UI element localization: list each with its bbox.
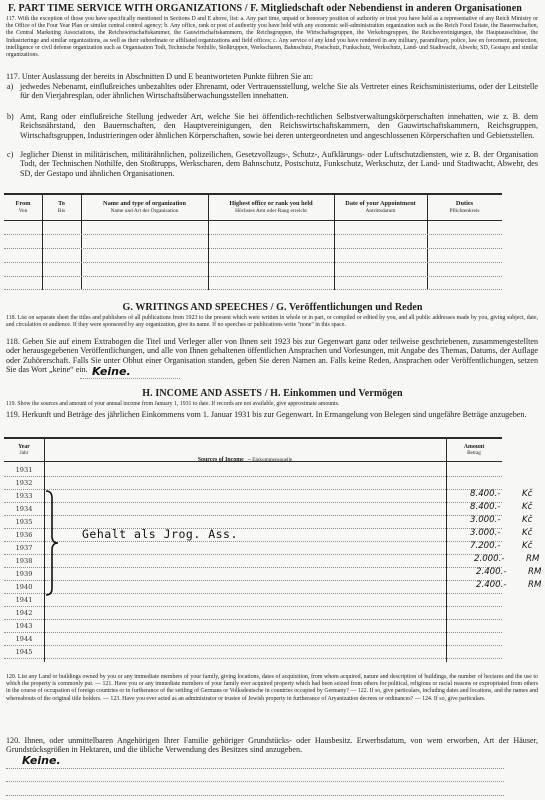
income-source-answer[interactable]: Gehalt als Jrog. Ass. (82, 527, 238, 541)
income-row-line[interactable] (4, 567, 502, 568)
amount-value: 2.400.- (476, 580, 506, 590)
year-cell: 1944 (10, 635, 38, 643)
amount-value: 2.000.- (474, 554, 504, 564)
amount-cell-1936[interactable]: 3.000.- Kč (470, 528, 500, 538)
col-label-de: Antrittsdatum (334, 208, 427, 214)
col-label-de: Einkommensquelle (252, 457, 292, 463)
q117-german-intro: 117. Unter Auslassung der bereits in Abs… (6, 72, 538, 81)
q120-answer-line[interactable] (6, 768, 504, 769)
amount-cell-1940[interactable]: 2.400.- RM (476, 580, 506, 590)
year-cell: 1933 (10, 492, 38, 500)
q120-answer[interactable]: Keine. (22, 754, 61, 767)
year-cell: 1941 (10, 596, 38, 604)
q117-item-b: b) Amt, Rang oder einflußreiche Stellung… (20, 112, 538, 140)
col-label-en: To (42, 200, 81, 207)
curly-brace-icon (45, 490, 59, 596)
org-col-name: Name and type of organization Name und A… (81, 196, 208, 224)
year-cell: 1938 (10, 557, 38, 565)
q118-english: 118. List on separate sheet the titles a… (6, 315, 538, 329)
col-label-en: Highest office or rank you held (208, 200, 334, 207)
income-row-line[interactable] (4, 515, 502, 516)
amount-cell-1934[interactable]: 8.400.- Kč (470, 502, 500, 512)
q120-124-english: 120. List any Land or buildings owned by… (6, 674, 538, 703)
income-row-line[interactable] (4, 593, 502, 594)
col-label-de: Von (4, 208, 42, 214)
q120-german: 120. Ihnen, oder unmittelbaren Angehörig… (6, 736, 538, 755)
income-row-line[interactable] (4, 632, 502, 633)
year-cell: 1945 (10, 648, 38, 656)
amount-cell-1937[interactable]: 7.200.- Kč (470, 541, 500, 551)
q118-german: 118. Geben Sie auf einem Extrabogen die … (6, 337, 538, 374)
amount-cell-1938[interactable]: 2.000.- RM (474, 554, 504, 564)
org-col-from: From Von (4, 196, 42, 224)
col-label-de: Höchstes Amt oder Rang erreicht (208, 208, 334, 214)
year-cell: 1939 (10, 570, 38, 578)
income-row-line[interactable] (4, 476, 502, 477)
amount-value: 8.400.- (470, 489, 500, 499)
section-f-title: F. PART TIME SERVICE WITH ORGANIZATIONS … (8, 3, 522, 14)
q118-answer[interactable]: Keine. (92, 365, 131, 378)
income-row-line[interactable] (4, 606, 502, 607)
org-col-highest-office: Highest office or rank you held Höchstes… (208, 196, 334, 224)
amount-value: 3.000.- (470, 528, 500, 538)
col-label-en: From (4, 200, 42, 207)
q120-answer-line[interactable] (6, 781, 504, 782)
income-row-line[interactable] (4, 489, 502, 490)
col-label-de: Jahr (4, 450, 44, 456)
q117-item-c: c) Jeglicher Dienst in militärischen, mi… (20, 150, 538, 178)
q118-answer-line (80, 378, 180, 379)
org-col-appointment-date: Date of your Appointment Antrittsdatum (334, 196, 427, 224)
income-col-source: Sources of Income – Einkommensquelle (44, 448, 446, 466)
income-row-line[interactable] (4, 502, 502, 503)
year-cell: 1943 (10, 622, 38, 630)
income-row-line[interactable] (4, 658, 502, 659)
col-label-en: Date of your Appointment (334, 200, 427, 207)
currency: RM (528, 580, 541, 590)
income-col-year: Year Jahr (4, 444, 44, 456)
amount-value: 2.400.- (476, 567, 506, 577)
currency: Kč (522, 489, 532, 499)
year-cell: 1940 (10, 583, 38, 591)
org-row-line[interactable] (4, 276, 502, 277)
col-label-en: Sources of Income (198, 457, 244, 463)
year-cell: 1937 (10, 544, 38, 552)
section-h-title: H. INCOME AND ASSETS / H. Einkommen und … (0, 388, 545, 399)
income-row-line[interactable] (4, 645, 502, 646)
amount-value: 7.200.- (470, 541, 500, 551)
amount-cell-1939[interactable]: 2.400.- RM (476, 567, 506, 577)
q117-item-a: a) jedwedes Nebenamt, einflußreiches unb… (20, 82, 538, 101)
org-col-duties: Duties Pflichtenkreis (427, 196, 502, 224)
q119-german: 119. Herkunft und Beträge des jährlichen… (6, 410, 538, 419)
questionnaire-page: F. PART TIME SERVICE WITH ORGANIZATIONS … (0, 0, 545, 800)
col-label-en: Name and type of organization (81, 200, 208, 207)
year-cell: 1932 (10, 479, 38, 487)
year-cell: 1931 (10, 466, 38, 474)
currency: RM (526, 554, 539, 564)
currency: Kč (522, 528, 532, 538)
item-label: b) (7, 112, 14, 121)
currency: Kč (522, 502, 532, 512)
col-label-en: Duties (427, 200, 502, 207)
income-col-divider (446, 438, 447, 662)
income-row-line[interactable] (4, 580, 502, 581)
col-label-de: Betrag (446, 450, 502, 456)
amount-cell-1935[interactable]: 3.000.- Kč (470, 515, 500, 525)
year-cell: 1934 (10, 505, 38, 513)
year-cell: 1942 (10, 609, 38, 617)
section-g-title: G. WRITINGS AND SPEECHES / G. Veröffentl… (0, 302, 545, 313)
org-col-to: To Bis (42, 196, 81, 224)
q119-english: 119. Show the sources and amount of your… (6, 401, 538, 408)
income-col-amount: Amount Betrag (446, 444, 502, 456)
income-row-line[interactable] (4, 528, 502, 529)
income-row-line[interactable] (4, 541, 502, 542)
income-table-top-rule (4, 437, 502, 439)
amount-cell-1933[interactable]: 8.400.- Kč (470, 489, 500, 499)
org-row-line[interactable] (4, 289, 502, 290)
income-row-line[interactable] (4, 619, 502, 620)
currency: RM (528, 567, 541, 577)
item-text: Amt, Rang oder einflußreiche Stellung je… (20, 112, 538, 140)
col-label-de: Pflichtenkreis (427, 208, 502, 214)
income-row-line[interactable] (4, 554, 502, 555)
org-row-line[interactable] (4, 262, 502, 263)
item-label: c) (7, 150, 13, 159)
col-label-de: Bis (42, 208, 81, 214)
q120-answer-line[interactable] (6, 795, 504, 796)
item-text: Jeglicher Dienst in militärischen, milit… (20, 150, 538, 178)
org-row-line[interactable] (4, 234, 502, 235)
currency: Kč (522, 541, 532, 551)
org-row-line[interactable] (4, 248, 502, 249)
year-cell: 1936 (10, 531, 38, 539)
col-label-de: Name und Art der Organisation (81, 208, 208, 214)
amount-value: 3.000.- (470, 515, 500, 525)
item-text: jedwedes Nebenamt, einflußreiches unbeza… (20, 82, 538, 100)
year-cell: 1935 (10, 518, 38, 526)
item-label: a) (7, 82, 13, 91)
q117-english: 117. With the exception of those you hav… (6, 16, 538, 59)
currency: Kč (522, 515, 532, 525)
amount-value: 8.400.- (470, 502, 500, 512)
